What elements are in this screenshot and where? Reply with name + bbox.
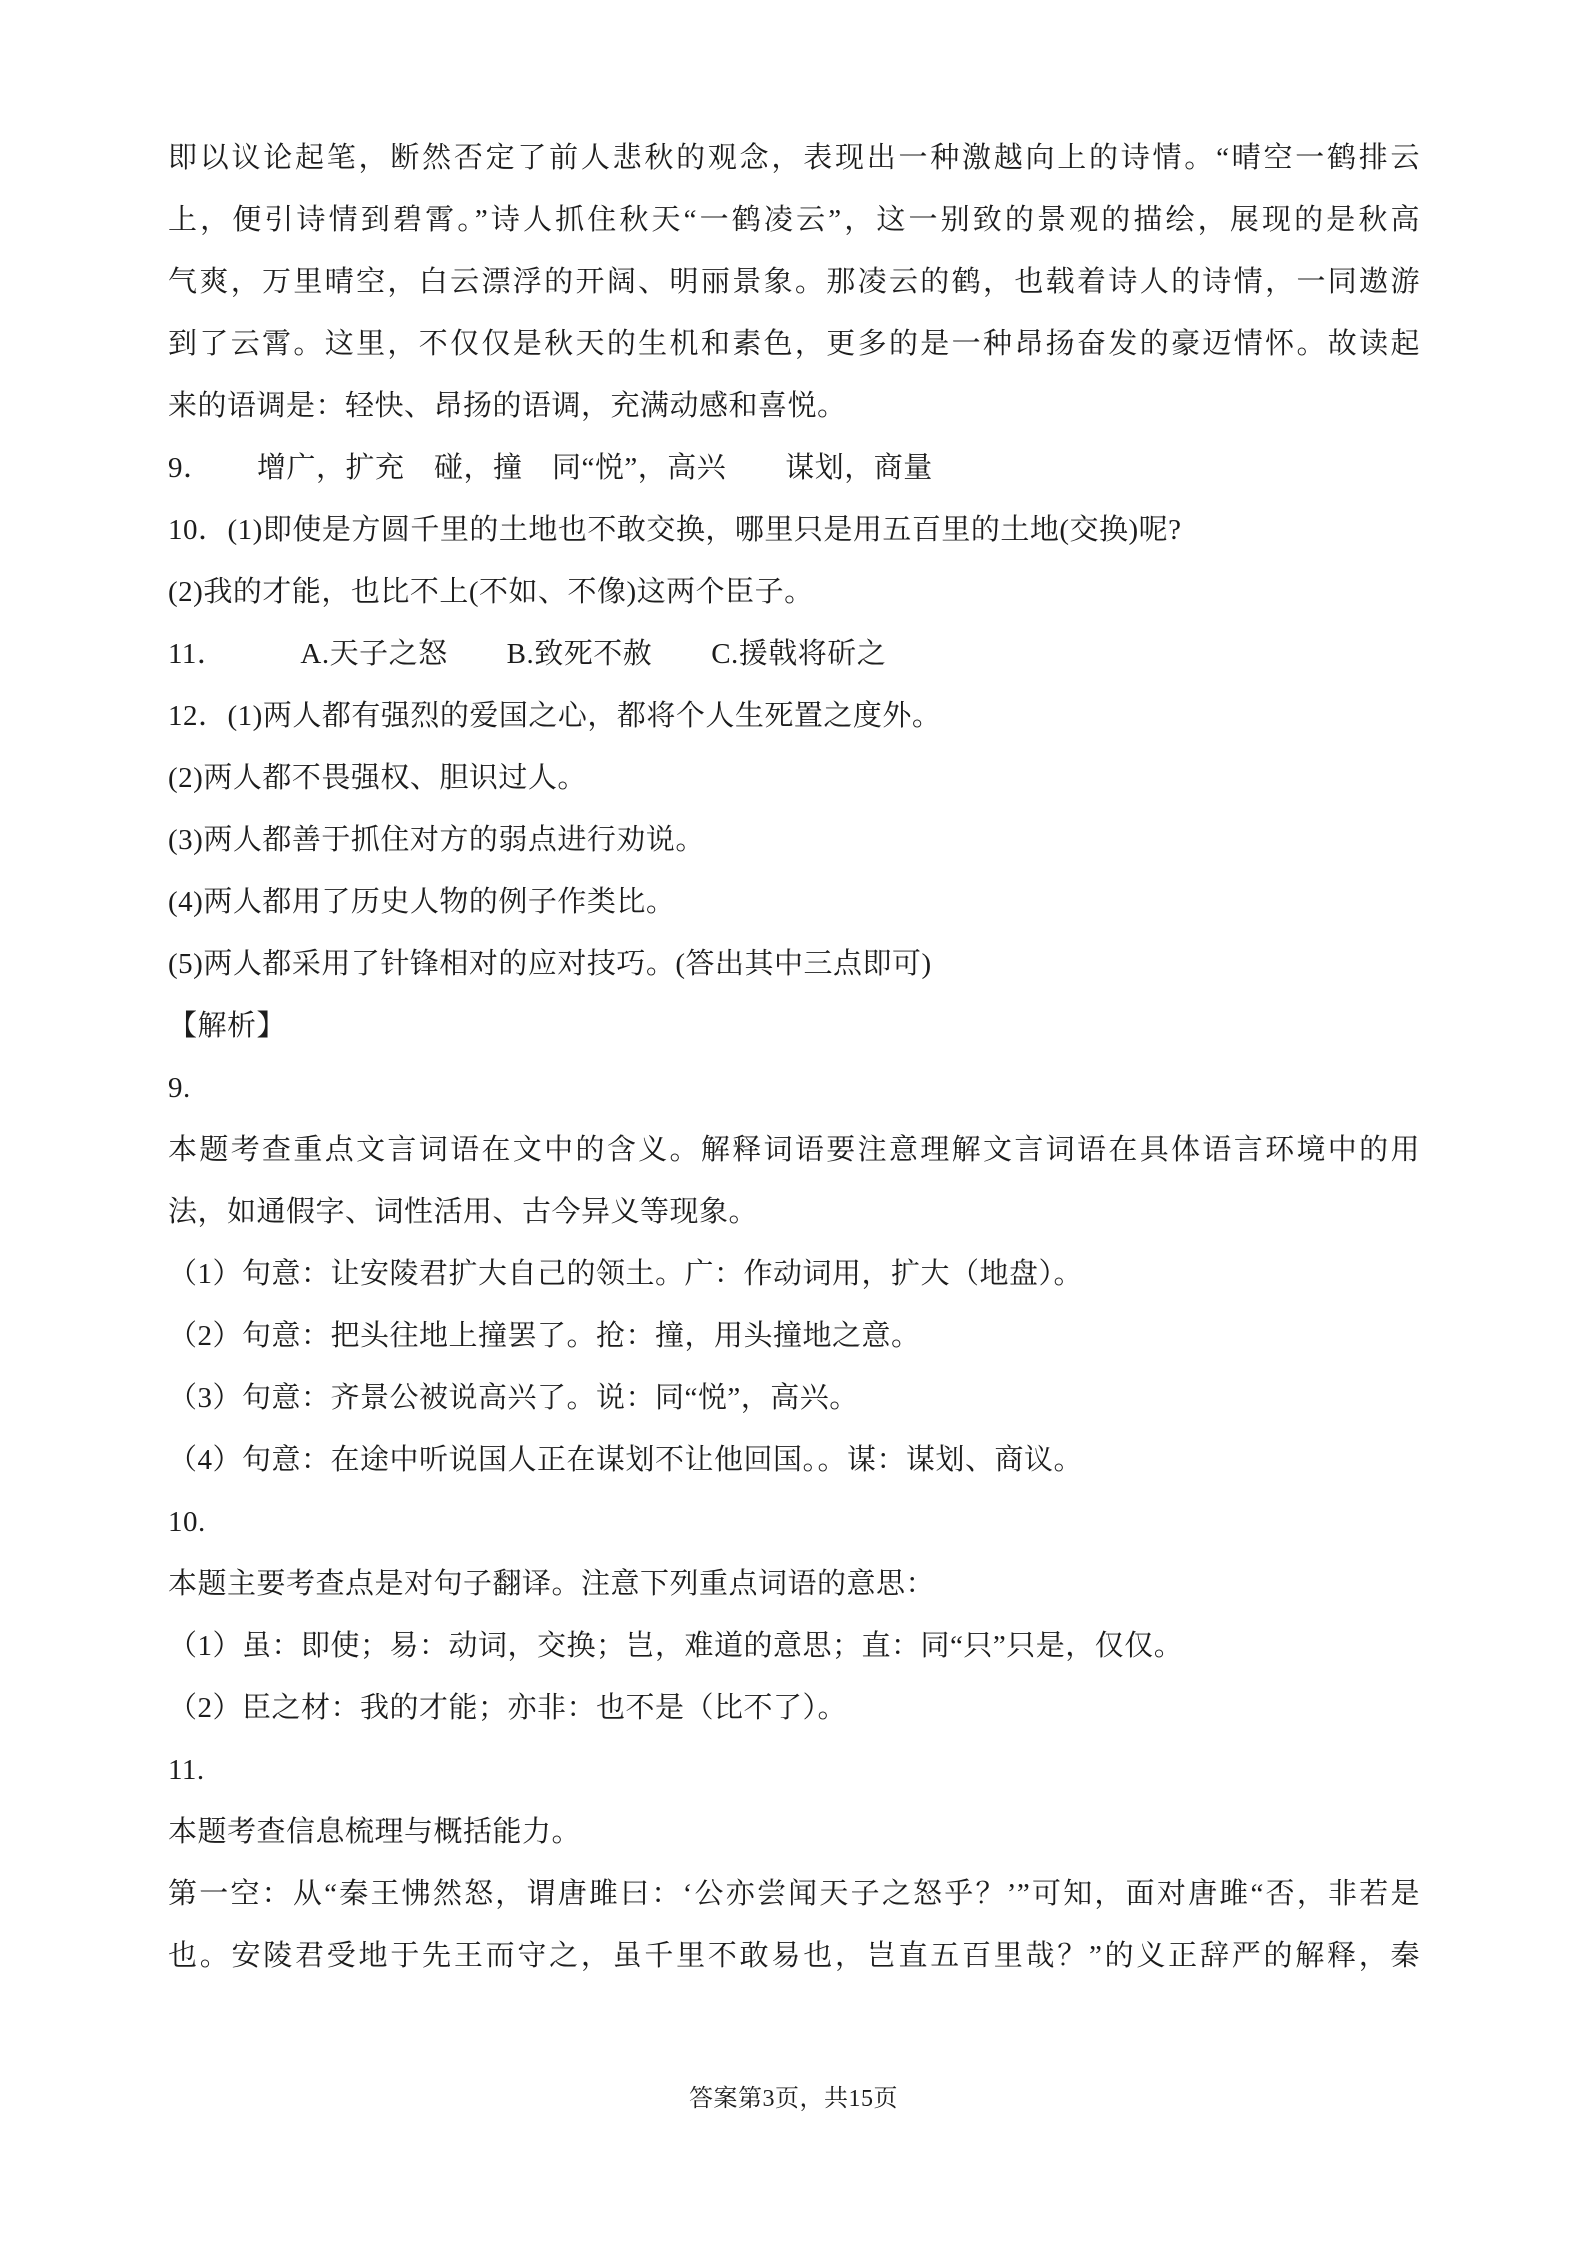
text-line: （2）臣之材：我的才能；亦非：也不是（比不了）。 <box>168 1677 1420 1739</box>
text-line: (2)两人都不畏强权、胆识过人。 <box>168 747 1420 809</box>
text-line: 来的语调是：轻快、昂扬的语调，充满动感和喜悦。 <box>168 375 1420 437</box>
text-line: 本题主要考查点是对句子翻译。注意下列重点词语的意思： <box>168 1553 1420 1615</box>
text-line: 11． A.天子之怒 B.致死不赦 C.援戟将斫之 <box>168 623 1420 685</box>
answer-sheet-page: 即以议论起笔，断然否定了前人悲秋的观念，表现出一种激越向上的诗情。“晴空一鹤排云… <box>0 0 1587 2245</box>
text-line: 9. <box>168 1057 1420 1119</box>
text-line: 12．(1)两人都有强烈的爱国之心，都将个人生死置之度外。 <box>168 685 1420 747</box>
text-line: 9． 增广，扩充 碰，撞 同“悦”，高兴 谋划，商量 <box>168 437 1420 499</box>
text-line: (4)两人都用了历史人物的例子作类比。 <box>168 871 1420 933</box>
text-line: (2)我的才能，也比不上(不如、不像)这两个臣子。 <box>168 561 1420 623</box>
text-line: 11. <box>168 1739 1420 1801</box>
text-line: 上，便引诗情到碧霄。”诗人抓住秋天“一鹤凌云”，这一别致的景观的描绘，展现的是秋… <box>168 189 1420 251</box>
text-line: （2）句意：把头往地上撞罢了。抢：撞，用头撞地之意。 <box>168 1305 1420 1367</box>
text-line: (5)两人都采用了针锋相对的应对技巧。(答出其中三点即可) <box>168 933 1420 995</box>
answer-document-body: 即以议论起笔，断然否定了前人悲秋的观念，表现出一种激越向上的诗情。“晴空一鹤排云… <box>168 127 1420 1987</box>
text-line: 法，如通假字、词性活用、古今异义等现象。 <box>168 1181 1420 1243</box>
text-line: （1）虽：即使；易：动词，交换；岂，难道的意思；直：同“只”只是，仅仅。 <box>168 1615 1420 1677</box>
page-footer: 答案第3页，共15页 <box>0 2083 1587 2115</box>
text-line: 10. <box>168 1491 1420 1553</box>
text-line: （1）句意：让安陵君扩大自己的领土。广：作动词用，扩大（地盘）。 <box>168 1243 1420 1305</box>
text-line: 【解析】 <box>168 995 1420 1057</box>
text-line: 也。安陵君受地于先王而守之，虽千里不敢易也，岂直五百里哉？”的义正辞严的解释，秦 <box>168 1925 1420 1987</box>
text-line: 10．(1)即使是方圆千里的土地也不敢交换，哪里只是用五百里的土地(交换)呢? <box>168 499 1420 561</box>
text-line: 本题考查重点文言词语在文中的含义。解释词语要注意理解文言词语在具体语言环境中的用 <box>168 1119 1420 1181</box>
text-line: 本题考查信息梳理与概括能力。 <box>168 1801 1420 1863</box>
text-line: (3)两人都善于抓住对方的弱点进行劝说。 <box>168 809 1420 871</box>
text-line: （3）句意：齐景公被说高兴了。说：同“悦”，高兴。 <box>168 1367 1420 1429</box>
text-line: 第一空：从“秦王怫然怒，谓唐雎曰：‘公亦尝闻天子之怒乎？’”可知，面对唐雎“否，… <box>168 1863 1420 1925</box>
text-line: （4）句意：在途中听说国人正在谋划不让他回国。。谋：谋划、商议。 <box>168 1429 1420 1491</box>
text-line: 气爽，万里晴空，白云漂浮的开阔、明丽景象。那凌云的鹤，也载着诗人的诗情，一同遨游 <box>168 251 1420 313</box>
text-line: 到了云霄。这里，不仅仅是秋天的生机和素色，更多的是一种昂扬奋发的豪迈情怀。故读起 <box>168 313 1420 375</box>
text-line: 即以议论起笔，断然否定了前人悲秋的观念，表现出一种激越向上的诗情。“晴空一鹤排云 <box>168 127 1420 189</box>
